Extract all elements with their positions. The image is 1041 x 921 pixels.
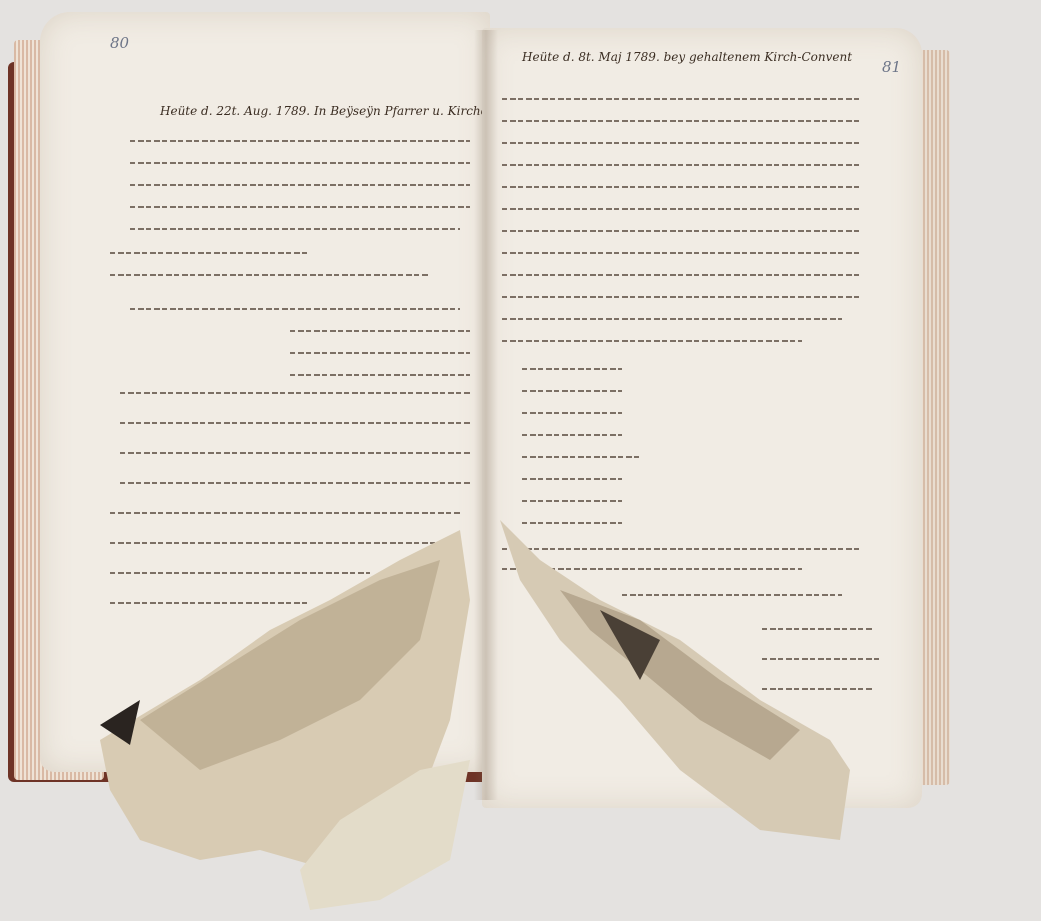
torn-damage [0, 0, 1041, 921]
